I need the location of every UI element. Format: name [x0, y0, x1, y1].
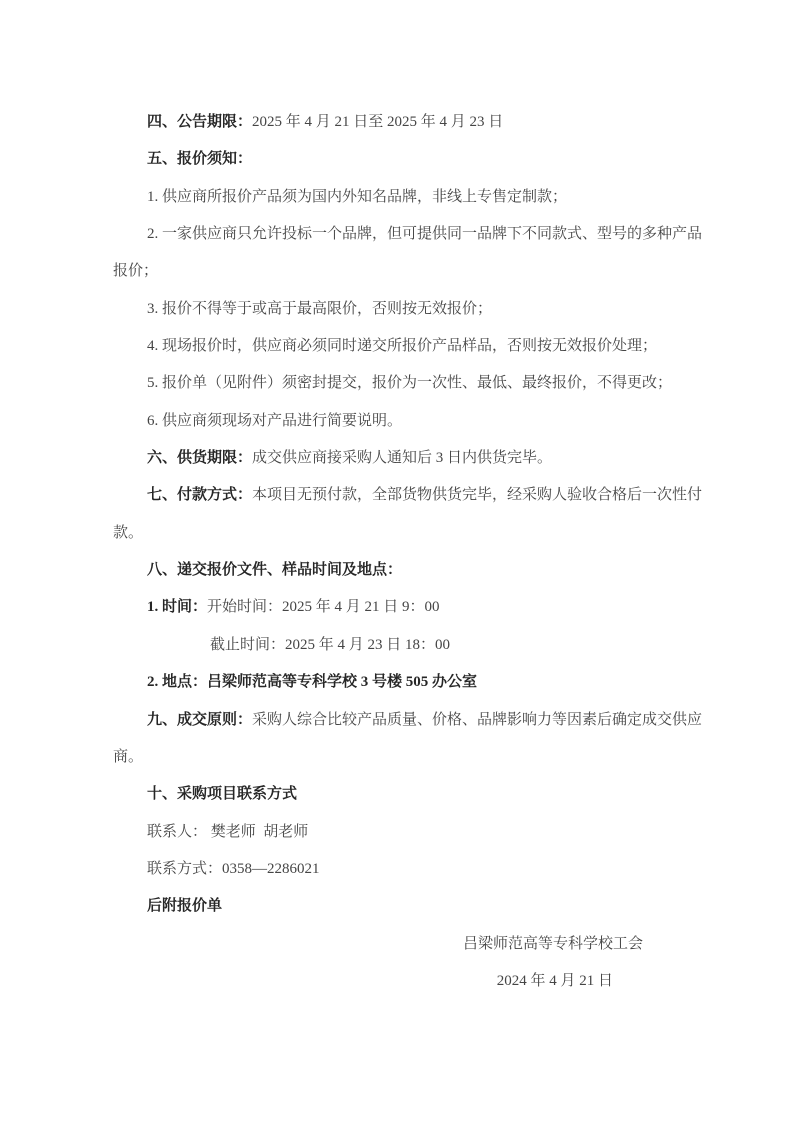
contact-phone-line: 联系方式：0358—2286021: [113, 851, 687, 888]
regular-text: 3. 报价不得等于或高于最高限价，否则按无效报价；: [147, 301, 492, 317]
note-item-3: 3. 报价不得等于或高于最高限价，否则按无效报价；: [113, 291, 687, 328]
bold-text: 2. 地点：吕梁师范高等专科学校 3 号楼 505 办公室: [147, 674, 477, 690]
note-item-2: 2. 一家供应商只允许投标一个品牌，但可提供同一品牌下不同款式、型号的多种产品: [113, 216, 687, 253]
signature-org-line: 吕梁师范高等专科学校工会: [113, 926, 687, 963]
regular-text: 吕梁师范高等专科学校工会: [463, 936, 643, 952]
payment-method-line: 七、付款方式：本项目无预付款，全部货物供货完毕，经采购人验收合格后一次性付: [113, 477, 687, 514]
submission-heading: 八、递交报价文件、样品时间及地点：: [113, 552, 687, 589]
bold-text: 七、付款方式：: [147, 487, 252, 503]
regular-text: 本项目无预付款，全部货物供货完毕，经采购人验收合格后一次性付: [252, 487, 702, 503]
delivery-period-line: 六、供货期限：成交供应商接采购人通知后 3 日内供货完毕。: [113, 440, 687, 477]
regular-text: 5. 报价单（见附件）须密封提交，报价为一次性、最低、最终报价，不得更改；: [147, 375, 672, 391]
regular-text: 2024 年 4 月 21 日: [497, 973, 613, 989]
document-page: 四、公告期限：2025 年 4 月 21 日至 2025 年 4 月 23 日五…: [0, 0, 794, 1123]
note-item-1: 1. 供应商所报价产品须为国内外知名品牌，非线上专售定制款；: [113, 179, 687, 216]
quotation-notes-heading: 五、报价须知：: [113, 141, 687, 178]
regular-text: 报价；: [113, 263, 158, 279]
bold-text: 九、成交原则：: [147, 712, 252, 728]
regular-text: 1. 供应商所报价产品须为国内外知名品牌，非线上专售定制款；: [147, 189, 567, 205]
submission-location-line: 2. 地点：吕梁师范高等专科学校 3 号楼 505 办公室: [113, 664, 687, 701]
regular-text: 2. 一家供应商只允许投标一个品牌，但可提供同一品牌下不同款式、型号的多种产品: [147, 226, 702, 242]
regular-text: 截止时间：2025 年 4 月 23 日 18：00: [210, 637, 450, 653]
bold-text: 五、报价须知：: [147, 151, 252, 167]
bold-text: 八、递交报价文件、样品时间及地点：: [147, 562, 402, 578]
submission-time-start-line: 1. 时间：开始时间：2025 年 4 月 21 日 9：00: [113, 589, 687, 626]
announcement-period-line: 四、公告期限：2025 年 4 月 21 日至 2025 年 4 月 23 日: [113, 104, 687, 141]
payment-method-continuation: 款。: [113, 515, 687, 552]
contact-heading: 十、采购项目联系方式: [113, 776, 687, 813]
contact-person-line: 联系人： 樊老师 胡老师: [113, 814, 687, 851]
regular-text: 6. 供应商须现场对产品进行简要说明。: [147, 413, 402, 429]
bold-text: 十、采购项目联系方式: [147, 786, 297, 802]
signature-date-line: 2024 年 4 月 21 日: [113, 963, 687, 1000]
bold-text: 六、供货期限：: [147, 450, 252, 466]
regular-text: 4. 现场报价时，供应商必须同时递交所报价产品样品，否则按无效报价处理；: [147, 338, 657, 354]
note-item-2-continuation: 报价；: [113, 253, 687, 290]
bold-text: 后附报价单: [147, 898, 222, 914]
regular-text: 联系人： 樊老师 胡老师: [147, 824, 308, 840]
regular-text: 商。: [113, 749, 143, 765]
attachment-note-line: 后附报价单: [113, 888, 687, 925]
award-principle-continuation: 商。: [113, 739, 687, 776]
regular-text: 款。: [113, 525, 143, 541]
regular-text: 采购人综合比较产品质量、价格、品牌影响力等因素后确定成交供应: [252, 712, 702, 728]
bold-text: 四、公告期限：: [147, 114, 252, 130]
regular-text: 2025 年 4 月 21 日至 2025 年 4 月 23 日: [252, 114, 503, 130]
bold-text: 1. 时间：: [147, 599, 207, 615]
award-principle-line: 九、成交原则：采购人综合比较产品质量、价格、品牌影响力等因素后确定成交供应: [113, 702, 687, 739]
submission-time-end-line: 截止时间：2025 年 4 月 23 日 18：00: [113, 627, 687, 664]
note-item-4: 4. 现场报价时，供应商必须同时递交所报价产品样品，否则按无效报价处理；: [113, 328, 687, 365]
document-body: 四、公告期限：2025 年 4 月 21 日至 2025 年 4 月 23 日五…: [113, 104, 687, 1000]
regular-text: 开始时间：2025 年 4 月 21 日 9：00: [207, 599, 440, 615]
note-item-5: 5. 报价单（见附件）须密封提交，报价为一次性、最低、最终报价，不得更改；: [113, 365, 687, 402]
regular-text: 联系方式：0358—2286021: [147, 861, 320, 877]
note-item-6: 6. 供应商须现场对产品进行简要说明。: [113, 403, 687, 440]
regular-text: 成交供应商接采购人通知后 3 日内供货完毕。: [252, 450, 552, 466]
